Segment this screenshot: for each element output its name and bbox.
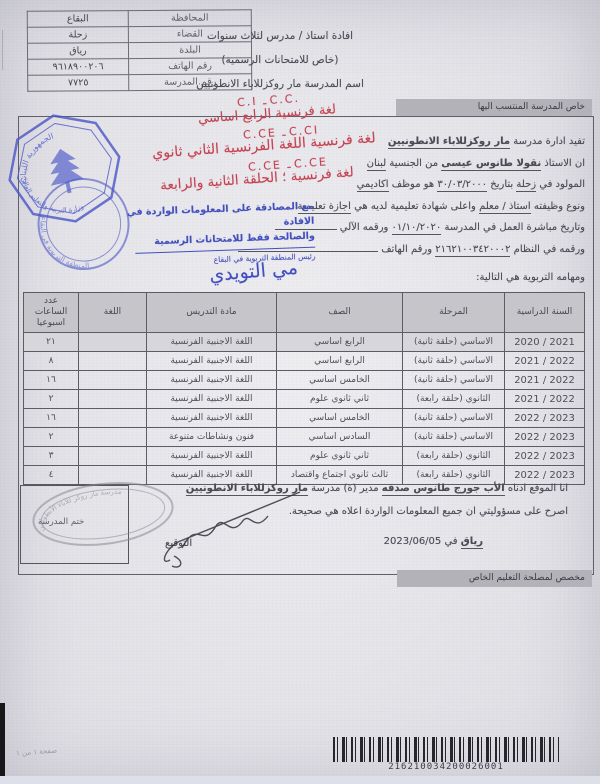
- document-subtitle: (خاص للامتحانات الرسمية): [175, 48, 385, 72]
- year-cell: 2021 / 2022: [505, 352, 585, 371]
- subject-cell: اللغة الاجنبية الفرنسية: [147, 409, 277, 428]
- language-cell: [79, 371, 147, 390]
- job-type-value: استاذ / معلم: [479, 201, 531, 214]
- year-cell: 2021 / 2022: [505, 371, 585, 390]
- private-education-bar: مخصص لمصلحة التعليم الخاص: [397, 570, 592, 587]
- duties-header-row: السنة الدراسيةالمرحلةالصفمادة التدريسالل…: [24, 293, 585, 333]
- date-value: 2023/06/05: [384, 536, 442, 547]
- scan-margin-mark: [2, 30, 13, 70]
- year-cell: 2022 / 2023: [505, 409, 585, 428]
- approval-stamp-block: مع المصادقة على المعلومات الواردة في الا…: [119, 199, 317, 287]
- duties-column-header: المرحلة: [403, 293, 505, 333]
- duties-body: 2020 / 2021الاساسي (حلقة ثانية)الرابع اس…: [24, 333, 585, 485]
- class-cell: السادس اساسي: [277, 428, 403, 447]
- year-cell: 2021 / 2022: [505, 390, 585, 409]
- subject-cell: فنون ونشاطات متنوعة: [147, 428, 277, 447]
- svg-text:مدرسة مار روكز للآباء الأنطوني: مدرسة مار روكز للآباء الأنطونيين: [33, 486, 126, 532]
- start-date-value: ٠١/١٠/٢٠٢٠: [392, 222, 442, 235]
- birthplace-value: زحلة: [516, 179, 536, 192]
- barcode-number: 216210034200026001: [333, 762, 559, 772]
- place-value: رياق: [461, 536, 483, 549]
- date-line: رياق في 2023/06/05: [368, 536, 483, 547]
- duties-row: 2021 / 2022الثانوي (حلقة رابعة)ثاني ثانو…: [24, 390, 585, 409]
- duties-row: 2020 / 2021الاساسي (حلقة ثانية)الرابع اس…: [24, 333, 585, 352]
- subject-cell: اللغة الاجنبية الفرنسية: [147, 371, 277, 390]
- document-title: افادة استاذ / مدرس لثلاث سنوات: [175, 24, 385, 48]
- subject-cell: اللغة الاجنبية الفرنسية: [147, 447, 277, 466]
- duties-row: 2022 / 2023الاساسي (حلقة ثانية)الخامس اس…: [24, 409, 585, 428]
- hours-cell: ٢١: [24, 333, 79, 352]
- language-cell: [79, 390, 147, 409]
- duties-row: 2022 / 2023الاساسي (حلقة ثانية)السادس اس…: [24, 428, 585, 447]
- stage-cell: الثانوي (حلقة رابعة): [403, 447, 505, 466]
- stage-cell: الاساسي (حلقة ثانية): [403, 409, 505, 428]
- year-cell: 2022 / 2023: [505, 428, 585, 447]
- info-value: ٧٧٢٥: [28, 75, 129, 92]
- class-cell: ثاني ثانوي علوم: [277, 447, 403, 466]
- scanned-document-page: المحافظةالبقاعالقضاءزحلةالبلدةرياقرقم ال…: [0, 0, 600, 784]
- employee-type-value: اكاديمي: [357, 179, 389, 192]
- info-value: البقاع: [27, 11, 128, 28]
- barcode: [333, 737, 559, 762]
- language-cell: [79, 447, 147, 466]
- hours-cell: ١٦: [24, 371, 79, 390]
- duties-row: 2021 / 2022الاساسي (حلقة ثانية)الرابع اس…: [24, 352, 585, 371]
- info-value: زحلة: [27, 27, 128, 44]
- class-cell: الرابع اساسي: [277, 352, 403, 371]
- section-header-school: خاص المدرسة المنتسب اليها: [396, 99, 592, 116]
- subject-cell: اللغة الاجنبية الفرنسية: [147, 352, 277, 371]
- duties-column-header: مادة التدريس: [147, 293, 277, 333]
- class-cell: الخامس اساسي: [277, 371, 403, 390]
- stage-cell: الاساسي (حلقة ثانية): [403, 428, 505, 447]
- principal-name-value: الأب جورج طانوس صدقه: [382, 483, 505, 496]
- hours-cell: ١٦: [24, 409, 79, 428]
- hours-cell: ٣: [24, 447, 79, 466]
- duties-column-header: السنة الدراسية: [505, 293, 585, 333]
- language-cell: [79, 333, 147, 352]
- stage-cell: الاساسي (حلقة ثانية): [403, 352, 505, 371]
- regional-round-stamp: المنطقة التربوية في البقاع: [18, 170, 149, 285]
- language-cell: [79, 352, 147, 371]
- hours-cell: ٨: [24, 352, 79, 371]
- info-value: ٩٦١٨٩٠٠٢٠٦: [28, 59, 129, 76]
- year-cell: 2022 / 2023: [505, 447, 585, 466]
- scan-bottom-band: [0, 776, 600, 784]
- document-title-block: افادة استاذ / مدرس لثلاث سنوات (خاص للام…: [175, 24, 385, 96]
- year-cell: 2020 / 2021: [505, 333, 585, 352]
- language-cell: [79, 409, 147, 428]
- info-value: رياق: [27, 43, 128, 60]
- nationality-value: لبنان: [367, 158, 386, 171]
- scan-edge-artifact: [0, 703, 5, 784]
- stage-cell: الاساسي (حلقة ثانية): [403, 371, 505, 390]
- language-cell: [79, 428, 147, 447]
- stage-cell: الثانوي (حلقة رابعة): [403, 390, 505, 409]
- school-name-value: مار روكزللاباء الانطونيين: [388, 136, 510, 149]
- stage-cell: الاساسي (حلقة ثانية): [403, 333, 505, 352]
- hours-cell: ٢: [24, 390, 79, 409]
- teaching-assignments-table: السنة الدراسيةالمرحلةالصفمادة التدريسالل…: [23, 292, 585, 485]
- duties-row: 2021 / 2022الاساسي (حلقة ثانية)الخامس اس…: [24, 371, 585, 390]
- page-number-note: صفحة ١ من ١: [16, 747, 58, 758]
- subject-cell: اللغة الاجنبية الفرنسية: [147, 333, 277, 352]
- teacher-name-value: نقولا طانوس عيسى: [441, 158, 541, 171]
- system-number-value: ٢١٦٢١٠٠٣٤٢٠٠٠٢: [435, 244, 510, 257]
- class-cell: ثاني ثانوي علوم: [277, 390, 403, 409]
- class-cell: الخامس اساسي: [277, 409, 403, 428]
- class-cell: الرابع اساسي: [277, 333, 403, 352]
- birthdate-value: ٣٠/٠٣/٢٠٠٠: [437, 179, 487, 192]
- duties-column-header: اللغة: [79, 293, 147, 333]
- subject-cell: اللغة الاجنبية الفرنسية: [147, 390, 277, 409]
- duties-row: 2022 / 2023الثانوي (حلقة رابعة)ثاني ثانو…: [24, 447, 585, 466]
- duties-column-header: عدد الساعات اسبوعيا: [24, 293, 79, 333]
- hours-cell: ٢: [24, 428, 79, 447]
- duties-column-header: الصف: [277, 293, 403, 333]
